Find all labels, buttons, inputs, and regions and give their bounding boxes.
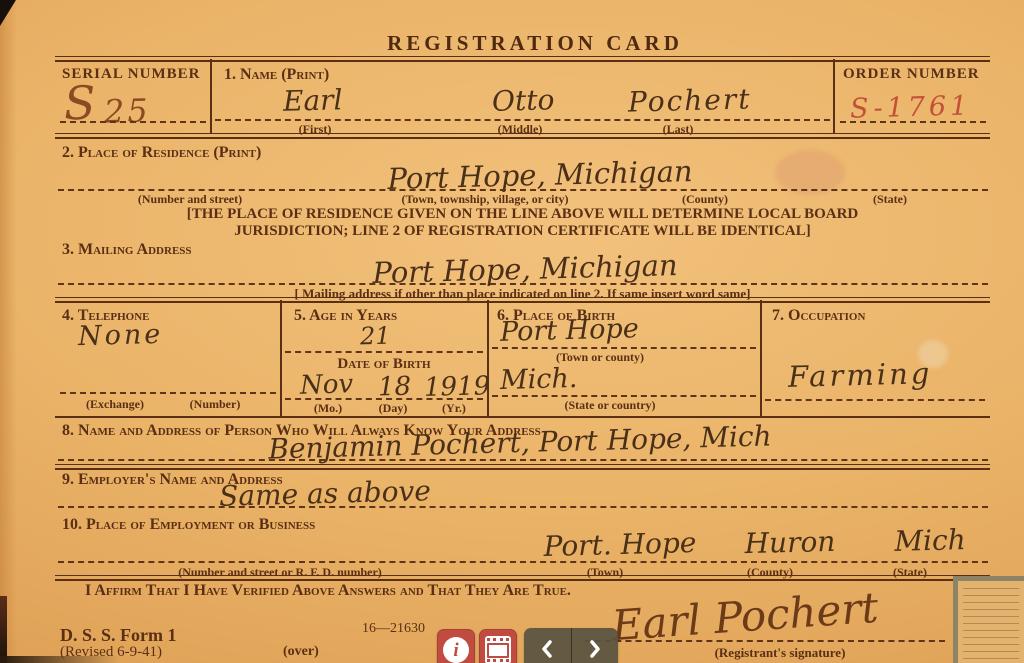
telephone-number-sub: (Number): [170, 397, 260, 412]
preview-thumbnail-content: [963, 588, 1019, 659]
birthplace-state-line: [492, 395, 756, 397]
chevron-left-icon: [539, 639, 555, 659]
name-first-sub: (First): [275, 122, 355, 137]
employment-county-sub: (County): [725, 565, 815, 580]
divider-birth-occ: [760, 300, 762, 416]
residence-label: 2. Place of Residence (Print): [62, 144, 261, 162]
form-id: D. S. S. Form 1: [60, 625, 177, 646]
divider-tel-age: [280, 300, 282, 416]
employment-street-sub: (Number and street or R. F. D. number): [140, 565, 420, 580]
telephone-value: None: [78, 319, 164, 352]
info-button[interactable]: i: [437, 629, 475, 663]
birthplace-state-value: Mich.: [500, 363, 578, 396]
occupation-value: Farming: [788, 356, 933, 394]
signature-line: [585, 640, 945, 642]
scan-edge-left: [0, 0, 17, 663]
employment-label: 10. Place of Employment or Business: [62, 516, 315, 534]
birthplace-town-value: Port Hope: [500, 313, 639, 348]
rule-top: [55, 56, 990, 62]
serial-line: [60, 121, 206, 123]
scan-edge-bottomleft: [0, 596, 7, 663]
card-title: REGISTRATION CARD: [255, 31, 815, 56]
scan-corner-topleft: [0, 0, 16, 26]
residence-notice-line2: JURISDICTION; LINE 2 OF REGISTRATION CER…: [55, 223, 990, 240]
contact-line: [58, 459, 988, 461]
form-over: (over): [283, 644, 319, 660]
employment-county-value: Huron: [710, 524, 871, 561]
name-last-sub: (Last): [638, 122, 718, 137]
order-line: [840, 121, 986, 123]
previous-page-button[interactable]: [524, 628, 572, 663]
name-line: [215, 119, 830, 121]
residence-street-sub: (Number and street): [110, 192, 270, 207]
name-middle-sub: (Middle): [480, 122, 560, 137]
birthplace-town-line: [492, 347, 756, 349]
occupation-label: 7. Occupation: [772, 307, 865, 325]
mailing-line: [58, 283, 988, 285]
filmstrip-button[interactable]: [479, 629, 517, 663]
age-line: [285, 351, 483, 353]
dob-month-value: Nov: [300, 369, 354, 400]
employment-town-sub: (Town): [565, 565, 645, 580]
order-number-label: ORDER NUMBER: [843, 66, 980, 83]
residence-town-sub: (Town, township, village, or city): [360, 192, 610, 207]
affirmation-text: I Affirm That I Have Verified Above Answ…: [85, 582, 571, 600]
employment-state-value: Mich: [870, 522, 991, 558]
divider-serial-name: [210, 59, 212, 134]
dob-day-sub: (Day): [363, 401, 423, 416]
mailing-note: [ Mailing address if other than place in…: [55, 286, 990, 302]
page-navigation: [524, 628, 618, 663]
dob-month-sub: (Mo.): [298, 401, 358, 416]
preview-thumbnail[interactable]: [953, 576, 1024, 663]
residence-notice-line1: [THE PLACE OF RESIDENCE GIVEN ON THE LIN…: [55, 206, 990, 223]
employment-line: [58, 561, 988, 563]
next-page-button[interactable]: [572, 628, 619, 663]
telephone-exchange-sub: (Exchange): [70, 397, 160, 412]
form-revised: (Revised 6-9-41): [60, 644, 162, 661]
name-label: 1. Name (Print): [224, 66, 329, 84]
name-last-value: Pochert: [628, 82, 752, 118]
registration-card-scan: REGISTRATION CARD SERIAL NUMBER S 25 1. …: [0, 0, 1024, 663]
employer-line: [58, 506, 988, 508]
chevron-right-icon: [587, 639, 603, 659]
name-middle-value: Otto: [492, 83, 555, 118]
mailing-label: 3. Mailing Address: [62, 241, 192, 259]
dob-year-sub: (Yr.): [424, 401, 484, 416]
dob-line: [285, 398, 483, 400]
info-icon: i: [443, 637, 469, 663]
residence-line: [58, 189, 988, 191]
order-number-value: S-1761: [850, 90, 972, 124]
residence-state-sub: (State): [845, 192, 935, 207]
employment-town-value: Port. Hope: [530, 526, 711, 564]
age-value: 21: [360, 322, 391, 351]
filmstrip-icon: [485, 636, 511, 663]
signature-sub: (Registrant's signature): [690, 645, 870, 661]
serial-number-value: 25: [104, 91, 152, 130]
divider-name-order: [833, 59, 835, 134]
birthplace-state-sub: (State or country): [530, 398, 690, 413]
name-first-value: Earl: [283, 83, 343, 118]
residence-county-sub: (County): [660, 192, 750, 207]
form-print-code: 16—21630: [362, 621, 425, 637]
telephone-line: [60, 392, 276, 394]
occupation-line: [765, 399, 985, 401]
